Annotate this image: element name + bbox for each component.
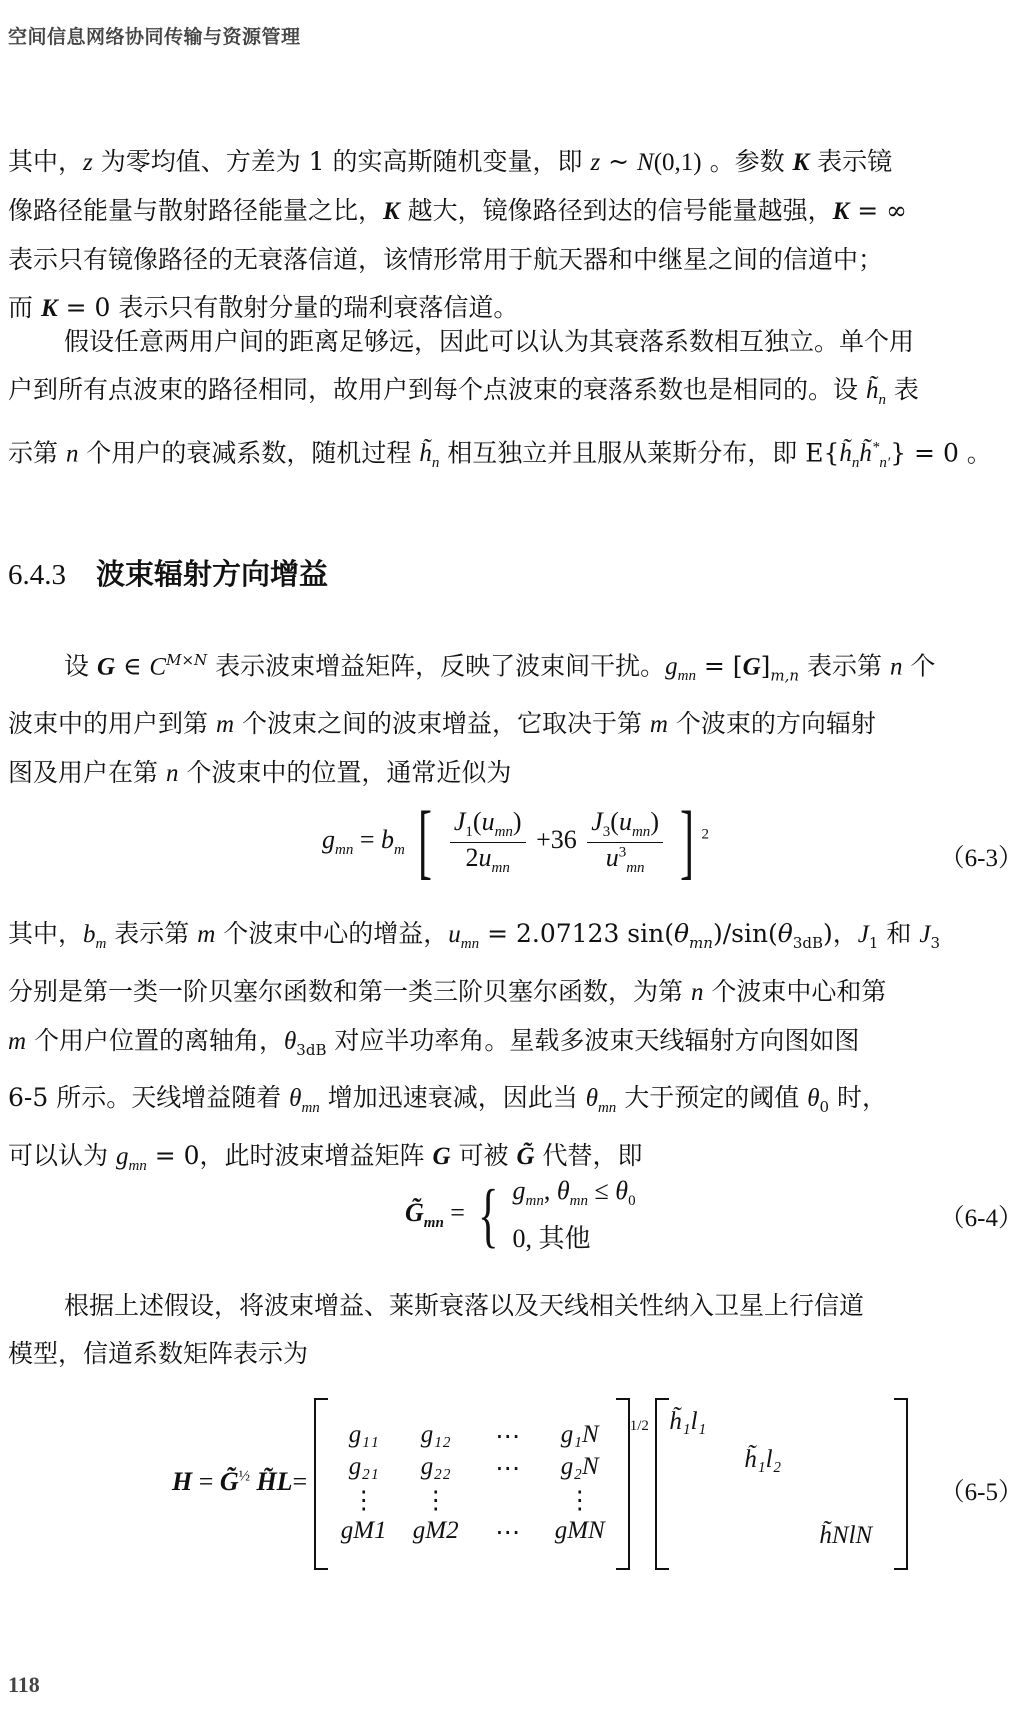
running-header: 空间信息网络协同传输与资源管理: [8, 22, 301, 49]
text-line: 假设任意两用户间的距离足够远，因此可以认为其衰落系数相互独立。单个用: [8, 318, 1026, 366]
text-line: 波束中的用户到第 m 个波束之间的波束增益，它取决于第 m 个波束的方向辐射: [8, 700, 1026, 749]
cases-block: gmn, θmn ≤ θ0 0, 其他: [513, 1172, 636, 1258]
section-title: 波束辐射方向增益: [96, 559, 328, 591]
equation-6-4: G̃mn = { gmn, θmn ≤ θ0 0, 其他: [405, 1172, 636, 1258]
text-line: 设 G ∈ CM×N 表示波束增益矩阵，反映了波束间干扰。gmn = [G]m,…: [8, 636, 1026, 700]
paragraph-channel-model: 根据上述假设，将波束增益、莱斯衰落以及天线相关性纳入卫星上行信道 模型，信道系数…: [8, 1282, 1026, 1378]
text-line: 分别是第一类一阶贝塞尔函数和第一类三阶贝塞尔函数，为第 n 个波束中心和第: [8, 968, 1026, 1017]
paragraph-bessel-description: 其中，bm 表示第 m 个波束中心的增益，umn = 2.07123 sin(θ…: [8, 910, 1026, 1190]
text-line: 表示只有镜像路径的无衰落信道，该情形常用于航天器和中继星之间的信道中；: [8, 236, 1026, 284]
paragraph-rician-k-factor: 其中，z 为零均值、方差为 1 的实高斯随机变量，即 z ~ N(0,1) 。参…: [8, 138, 1026, 333]
paragraph-fading-independence: 假设任意两用户间的距离足够远，因此可以认为其衰落系数相互独立。单个用 户到所有点…: [8, 318, 1026, 487]
text-line: 示第 n 个用户的衰减系数，随机过程 h̃n 相互独立并且服从莱斯分布，即 E{…: [8, 424, 1026, 487]
text-line: 其中，bm 表示第 m 个波束中心的增益，umn = 2.07123 sin(θ…: [8, 910, 1026, 968]
text-line: 6-5 所示。天线增益随着 θmn 增加迅速衰减，因此当 θmn 大于预定的阈值…: [8, 1074, 1026, 1132]
diagonal-matrix: h̃₁l₁ h̃₁l₂ h̃NlN: [669, 1408, 894, 1560]
section-number: 6.4.3: [8, 559, 66, 591]
text-line: 根据上述假设，将波束增益、莱斯衰落以及天线相关性纳入卫星上行信道: [8, 1282, 1026, 1330]
matrix-right-bracket: [616, 1398, 630, 1570]
paragraph-beam-gain-matrix: 设 G ∈ CM×N 表示波束增益矩阵，反映了波束间干扰。gmn = [G]m,…: [8, 636, 1026, 798]
diag-right-bracket: [894, 1398, 908, 1570]
right-bracket: ]: [680, 800, 694, 884]
fraction-term1: J1(umn)2umn: [450, 807, 526, 876]
page-number: 118: [8, 1672, 40, 1698]
text-line: 图及用户在第 n 个波束中的位置，通常近似为: [8, 749, 1026, 798]
text-line: 模型，信道系数矩阵表示为: [8, 1330, 1026, 1378]
text-line: 其中，z 为零均值、方差为 1 的实高斯随机变量，即 z ~ N(0,1) 。参…: [8, 138, 1026, 187]
diag-left-bracket: [655, 1398, 669, 1570]
equation-number-6-5: （6-5）: [940, 1472, 1023, 1508]
left-brace: {: [478, 1179, 499, 1251]
equation-number-6-4: （6-4）: [940, 1198, 1023, 1234]
text-line: m 个用户位置的离轴角，θ3dB 对应半功率角。星载多波束天线辐射方向图如图: [8, 1017, 1026, 1074]
case-1: gmn, θmn ≤ θ0: [513, 1172, 636, 1220]
left-bracket: [: [418, 800, 432, 884]
section-heading: 6.4.3波束辐射方向增益: [8, 552, 328, 593]
text-line: 户到所有点波束的路径相同，故用户到每个点波束的衰落系数也是相同的。设 h̃n 表: [8, 366, 1026, 424]
matrix-left-bracket: [314, 1398, 328, 1570]
fraction-term2: J3(umn)u3mn: [587, 807, 663, 876]
equation-6-3: gmn = bm [ J1(umn)2umn +36 J3(umn)u3mn ]…: [322, 800, 709, 884]
equation-6-5: H = G̃½ H̃L= g₁₁g₁₂⋯g₁N g₂₁g₂₂⋯g₂N ⋮⋮⋮ g…: [172, 1398, 908, 1570]
text-line: 像路径能量与散射路径能量之比，K 越大，镜像路径到达的信号能量越强，K = ∞: [8, 187, 1026, 236]
gain-matrix: g₁₁g₁₂⋯g₁N g₂₁g₂₂⋯g₂N ⋮⋮⋮ gM1gM2⋯gMN: [328, 1421, 616, 1547]
case-2: 0, 其他: [513, 1220, 636, 1258]
equation-number-6-3: （6-3）: [940, 838, 1023, 874]
